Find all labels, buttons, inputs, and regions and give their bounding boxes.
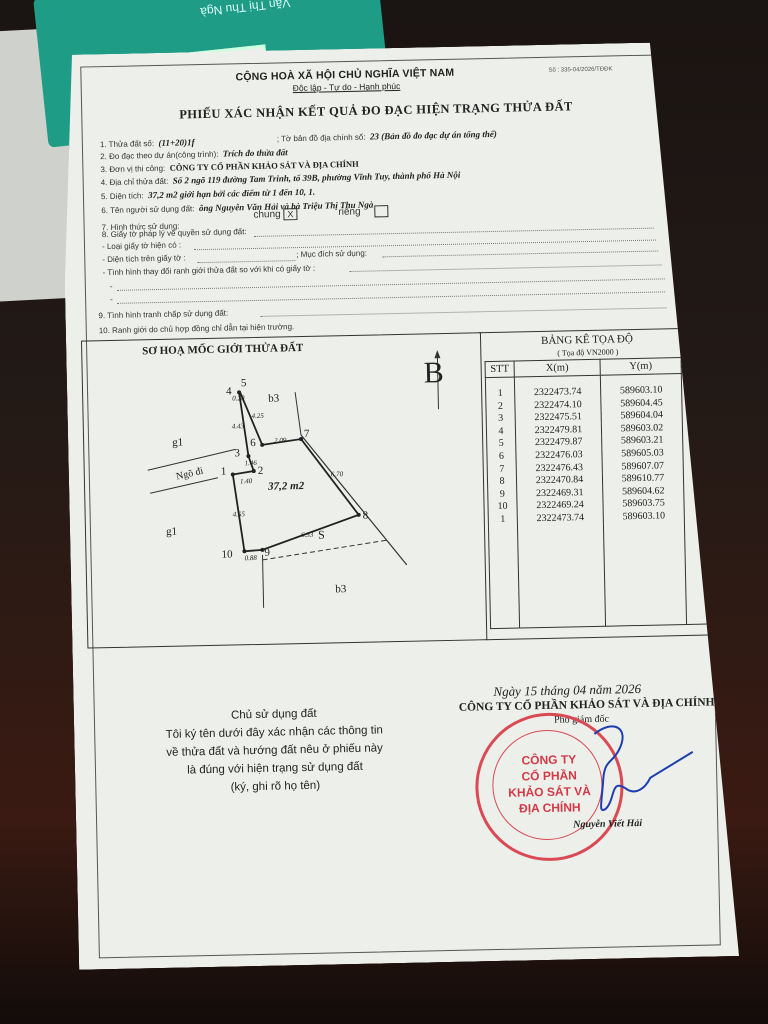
table-cell [684, 509, 735, 523]
coord-table-box: BẢNG KÊ TỌA ĐỘ ( Tọa độ VN2000 ) STT X(m… [479, 327, 746, 640]
card-text: Văn Thị Thu Ngà [199, 0, 290, 19]
svg-text:8: 8 [363, 510, 369, 522]
table-cell: 4.25 [683, 433, 734, 447]
svg-text:4.55: 4.55 [233, 510, 246, 518]
svg-text:9: 9 [264, 547, 270, 559]
owner-signature-block: Chủ sử dụng đất Tôi ký tên dưới đây xác … [154, 703, 396, 798]
table-cell: 1 [488, 513, 517, 526]
coord-table: STT X(m) Y(m) S(m) 12322473.74589603.101… [485, 356, 739, 629]
table-cell: 9 [488, 488, 517, 501]
header-x: X(m) [514, 359, 600, 377]
field-doc-type: - Loại giấy tờ hiện có : [102, 241, 181, 252]
svg-text:6: 6 [250, 437, 256, 449]
svg-text:1: 1 [221, 466, 227, 478]
field-label: 6. Tên người sử dụng đất: [101, 204, 194, 215]
svg-text:b3: b3 [335, 583, 347, 595]
table-cell: 8 [487, 476, 516, 489]
coord-table-subtitle: ( Tọa độ VN2000 ) [557, 347, 618, 357]
svg-text:2.09: 2.09 [274, 436, 287, 444]
sketch-box: SƠ HOẠ MỐC GIỚI THỬA ĐẤT B [81, 332, 487, 648]
svg-text:1.40: 1.40 [240, 477, 253, 485]
table-cell: 2322473.74 [514, 375, 600, 400]
table-cell: 7 [487, 463, 516, 476]
table-row: 12322473.74589603.101.40 [485, 372, 732, 400]
table-cell: 589603.10 [600, 374, 681, 399]
table-cell: 1.40 [681, 372, 732, 396]
svg-text:4.25: 4.25 [252, 412, 265, 420]
svg-text:B: B [423, 356, 444, 389]
table-cell: 4.55 [684, 496, 735, 510]
table-cell: 10 [488, 501, 517, 514]
field-label: ; Tờ bản đồ địa chính số: [277, 133, 366, 144]
table-cell: 1.46 [682, 396, 733, 410]
usage-private-label: riêng [338, 206, 360, 217]
field-value: 23 (Bản đồ đo đạc dự án tổng thể) [370, 129, 497, 142]
svg-text:7: 7 [304, 428, 310, 440]
svg-text:0.88: 0.88 [244, 554, 257, 562]
header-s: S(m) [681, 356, 732, 373]
table-cell: 6 [487, 451, 516, 464]
svg-text:S: S [318, 528, 325, 542]
coord-table-title: BẢNG KÊ TỌA ĐỘ [541, 333, 633, 347]
table-cell: 6.70 [683, 459, 734, 473]
dash: - [110, 295, 113, 304]
table-cell: 6.33 [683, 471, 734, 485]
svg-text:6.70: 6.70 [331, 470, 344, 478]
header-y: Y(m) [600, 358, 681, 376]
svg-text:g1: g1 [166, 526, 177, 538]
usage-shared-checkbox[interactable]: X [283, 208, 297, 220]
document-sheet: CỘNG HOÀ XÃ HỘI CHỦ NGHĨA VIỆT NAM Độc l… [60, 41, 739, 970]
svg-text:37,2 m2: 37,2 m2 [267, 480, 305, 493]
svg-text:10: 10 [221, 548, 233, 560]
usage-private-option: riêng [338, 205, 388, 218]
usage-shared-option: chung X [253, 208, 297, 221]
table-cell: 2 [486, 400, 515, 413]
handwritten-signature [574, 717, 696, 829]
table-cell: 4.43 [682, 408, 733, 422]
table-cell: 5 [487, 438, 516, 451]
table-cell: 0.20 [682, 421, 733, 435]
usage-private-checkbox[interactable] [374, 205, 388, 217]
svg-text:b3: b3 [268, 392, 280, 404]
svg-text:1.46: 1.46 [245, 459, 258, 467]
usage-shared-label: chung [253, 209, 280, 221]
svg-text:3: 3 [234, 447, 240, 459]
table-cell: 1 [485, 377, 514, 401]
table-cell: 4 [486, 425, 515, 438]
table-cell: 3 [486, 413, 515, 426]
header-stt: STT [485, 361, 514, 378]
svg-text:5: 5 [241, 377, 247, 389]
signer-name: Nguyễn Viết Hải [573, 818, 642, 830]
dash: - [110, 282, 113, 291]
svg-text:0.20: 0.20 [232, 394, 245, 402]
parcel-sketch: B 12345678910 1.401.464.430.204.252.096.… [82, 333, 486, 647]
field-purpose: ; Mục đích sử dụng: [296, 249, 367, 259]
field-doc-area: - Diện tích trên giấy tờ : [102, 253, 186, 264]
table-cell: 0.88 [684, 484, 735, 498]
svg-text:6.33: 6.33 [301, 531, 314, 539]
signed-date: Ngày 15 tháng 04 năm 2026 [493, 681, 641, 700]
svg-text:2: 2 [258, 465, 264, 477]
table-cell: 2.09 [683, 446, 734, 460]
svg-text:4.43: 4.43 [232, 422, 245, 430]
svg-text:g1: g1 [172, 437, 183, 449]
svg-text:Ngõ đi: Ngõ đi [175, 466, 205, 483]
